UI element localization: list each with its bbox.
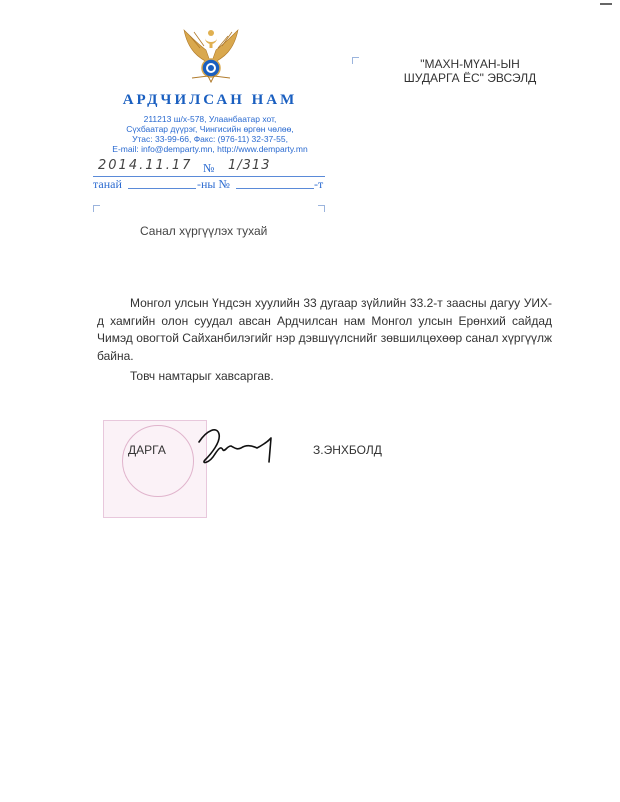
corner-mark [318,205,325,212]
letter-number: 1/313 [228,158,270,173]
recipient-line: "МАХН-МҮАН-ЫН [390,57,550,71]
your-ref-label: танай [93,177,122,192]
subject: Санал хүргүүлэх тухай [140,224,267,238]
address-line: Сүхбаатар дүүрэг, Чингисийн өргөн чөлөө, [85,124,335,134]
official-stamp-icon [103,420,207,518]
signer-role: ДАРГА [128,443,166,457]
address-line: 211213 ш/х-578, Улаанбаатар хот, [85,114,335,124]
scan-mark [600,3,612,5]
recipient-line: ШУДАРГА ЁС" ЭВСЭЛД [390,71,550,85]
handwritten-signature-icon [195,420,285,470]
stamp-circle [122,425,194,497]
letter-body: Монгол улсын Үндсэн хуулийн 33 дугаар зү… [97,295,552,365]
eagle-emblem-icon [178,22,244,88]
signer-name: З.ЭНХБОЛД [313,443,382,457]
number-label: № [203,161,214,176]
recipient: "МАХН-МҮАН-ЫН ШУДАРГА ЁС" ЭВСЭЛД [390,57,550,85]
attachment-note: Товч намтарыг хавсаргав. [130,369,274,383]
corner-mark [352,57,359,64]
address-line: E-mail: info@demparty.mn, http://www.dem… [85,144,335,154]
letter-date: 2014.11.17 [98,158,192,173]
address-line: Утас: 33-99-66, Факс: (976-11) 32-37-55, [85,134,335,144]
party-name: АРДЧИЛСАН НАМ [95,92,325,109]
corner-mark [93,205,100,212]
party-address: 211213 ш/х-578, Улаанбаатар хот, Сүхбаат… [85,114,335,154]
your-ref-suffix: -т [314,177,323,192]
your-number-line [236,180,314,189]
your-date-line [128,180,196,189]
your-number-label: -ны № [197,177,230,192]
